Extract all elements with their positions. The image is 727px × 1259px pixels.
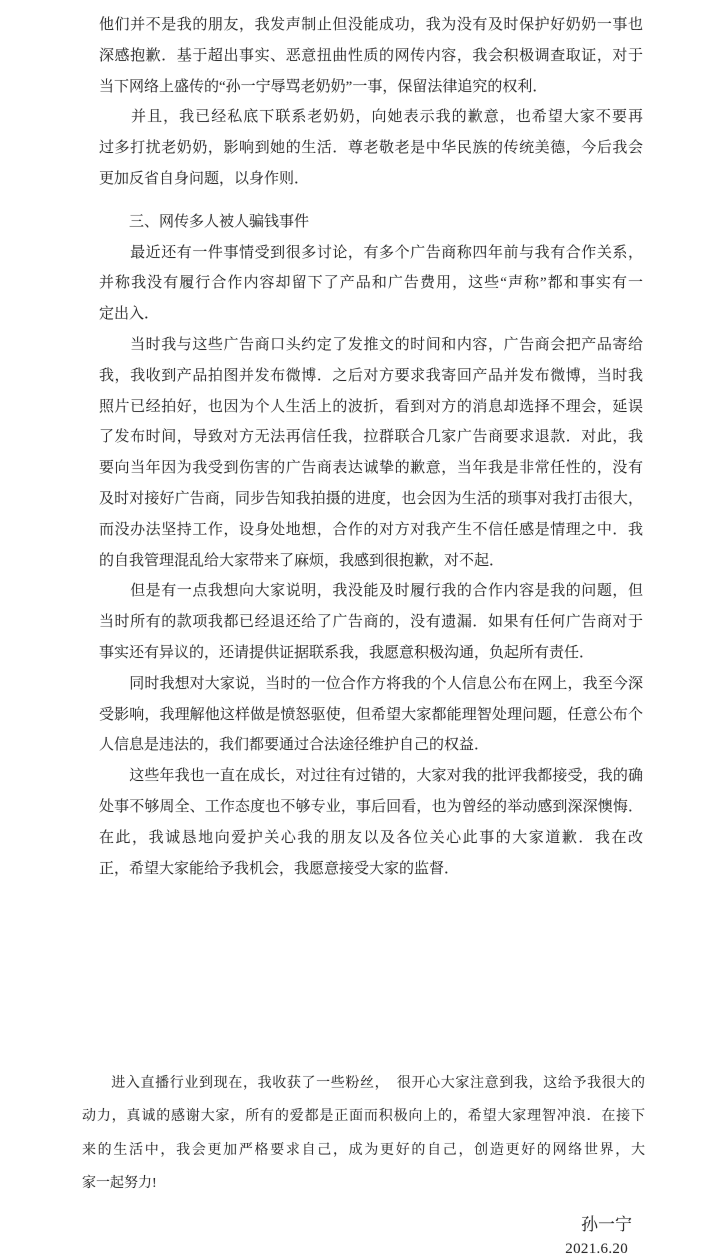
closing-paragraph: 进入直播行业到现在，我收获了一些粉丝， 很开心大家注意到我，这给予我很大的 动力… (82, 1067, 645, 1201)
text-line: 最近还有一件事情受到很多讨论，有多个广告商称四年前与我有合作关系， (99, 238, 643, 269)
paragraph-grandma-apology: 并且，我已经私底下联系老奶奶，向她表示我的歉意，也希望大家不要再 过多打扰老奶奶… (99, 102, 643, 194)
text-line: 当时所有的款项我都已经退还给了广告商的，没有遗漏．如果有任何广告商对于 (99, 607, 643, 638)
text-line: 而没办法坚持工作，设身处地想，合作的对方对我产生不信任感是情理之中．我 (99, 515, 643, 546)
statement-body: 他们并不是我的朋友，我发声制止但没能成功，我为没有及时保护好奶奶一事也 深感抱歉… (99, 10, 643, 884)
signature-name: 孙一宁 (565, 1212, 632, 1237)
text-line: 正，希望大家能给予我机会，我愿意接受大家的监督． (99, 854, 643, 885)
text-line: 当下网络上盛传的“孙一宁辱骂老奶奶”一事，保留法律追究的权利． (99, 72, 643, 103)
text-line: 这些年我也一直在成长，对过往有过错的，大家对我的批评我都接受，我的确 (99, 761, 643, 792)
text-line: 家一起努力! (82, 1167, 645, 1200)
paragraph-privacy: 同时我想对大家说，当时的一位合作方将我的个人信息公布在网上，我至今深 受影响，我… (99, 669, 643, 761)
paragraph-refund-clarification: 但是有一点我想向大家说明，我没能及时履行我的合作内容是我的问题，但 当时所有的款… (99, 576, 643, 668)
text-line: 在此，我诚恳地向爱护关心我的朋友以及各位关心此事的大家道歉．我在改 (99, 823, 643, 854)
statement-document-page: 他们并不是我的朋友，我发声制止但没能成功，我为没有及时保护好奶奶一事也 深感抱歉… (0, 0, 727, 1259)
text-line: 了发布时间，导致对方无法再信任我，拉群联合几家广告商要求退款．对此，我 (99, 422, 643, 453)
text-line: 当时我与这些广告商口头约定了发推文的时间和内容，广告商会把产品寄给 (99, 330, 643, 361)
text-line: 进入直播行业到现在，我收获了一些粉丝， 很开心大家注意到我，这给予我很大的 (82, 1067, 645, 1100)
text-line: 过多打扰老奶奶，影响到她的生活．尊老敬老是中华民族的传统美德，今后我会 (99, 133, 643, 164)
signature-date: 2021.6.20 (565, 1237, 628, 1259)
text-line: 更加反省自身问题，以身作则． (99, 164, 643, 195)
text-line: 事实还有异议的，还请提供证据联系我，我愿意积极沟通，负起所有责任． (99, 638, 643, 669)
text-line: 并称我没有履行合作内容却留下了产品和广告费用，这些“声称”都和事实有一 (99, 268, 643, 299)
text-line: 人信息是违法的，我们都要通过合法途径维护自己的权益． (99, 730, 643, 761)
text-line: 来的生活中，我会更加严格要求自己，成为更好的自己，创造更好的网络世界，大 (82, 1134, 645, 1167)
text-line: 他们并不是我的朋友，我发声制止但没能成功，我为没有及时保护好奶奶一事也 (99, 10, 643, 41)
text-line: 处事不够周全、工作态度也不够专业，事后回看，也为曾经的举动感到深深懊悔． (99, 792, 643, 823)
text-line: 定出入． (99, 299, 643, 330)
paragraph-advertiser-explanation: 当时我与这些广告商口头约定了发推文的时间和内容，广告商会把产品寄给 我，我收到产… (99, 330, 643, 576)
text-line: 深感抱歉．基于超出事实、恶意扭曲性质的网传内容，我会积极调查取证，对于 (99, 41, 643, 72)
text-line: 要向当年因为我受到伤害的广告商表达诚挚的歉意，当年我是非常任性的，没有 (99, 453, 643, 484)
text-line: 及时对接好广告商，同步告知我拍摄的进度，也会因为生活的琐事对我打击很大， (99, 484, 643, 515)
paragraph-growth-apology: 这些年我也一直在成长，对过往有过错的，大家对我的批评我都接受，我的确 处事不够周… (99, 761, 643, 884)
text-line: 受影响，我理解他这样做是愤怒驱使，但希望大家都能理智处理问题，任意公布个 (99, 700, 643, 731)
text-line: 照片已经拍好，也因为个人生活上的波折，看到对方的消息却选择不理会，延误 (99, 392, 643, 423)
section-heading-text: 三、网传多人被人骗钱事件 (99, 207, 643, 238)
text-line: 并且，我已经私底下联系老奶奶，向她表示我的歉意，也希望大家不要再 (99, 102, 643, 133)
text-line: 的自我管理混乱给大家带来了麻烦，我感到很抱歉，对不起． (99, 546, 643, 577)
text-line: 但是有一点我想向大家说明，我没能及时履行我的合作内容是我的问题，但 (99, 576, 643, 607)
text-line: 我，我收到产品拍图并发布微博．之后对方要求我寄回产品并发布微博，当时我 (99, 361, 643, 392)
paragraph-grandma-incident: 他们并不是我的朋友，我发声制止但没能成功，我为没有及时保护好奶奶一事也 深感抱歉… (99, 10, 643, 102)
paragraph-scam-intro: 最近还有一件事情受到很多讨论，有多个广告商称四年前与我有合作关系， 并称我没有履… (99, 238, 643, 330)
text-line: 同时我想对大家说，当时的一位合作方将我的个人信息公布在网上，我至今深 (99, 669, 643, 700)
signature-block: 孙一宁 2021.6.20 (565, 1212, 632, 1259)
section-heading: 三、网传多人被人骗钱事件 (99, 207, 643, 238)
text-line: 动力，真诚的感谢大家，所有的爱都是正面而积极向上的，希望大家理智冲浪．在接下 (82, 1100, 645, 1133)
